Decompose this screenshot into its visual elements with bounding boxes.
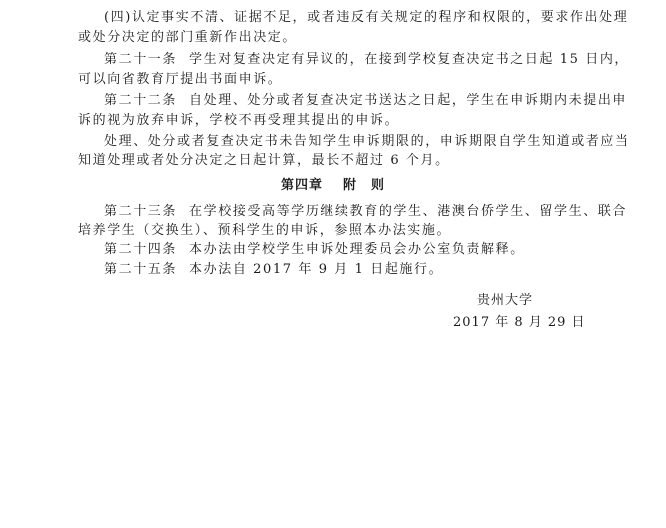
article-text: 本办法自 2017 年 9 月 1 日起施行。	[189, 262, 443, 277]
article-text: 在学校接受高等学历继续教育的学生、港澳台侨学生、留学生、联合	[189, 204, 627, 219]
chapter-heading: 第四章附 则	[0, 178, 666, 194]
article-22-line2: 诉的视为放弃申诉，学校不再受理其提出的申诉。	[78, 113, 590, 129]
article-21-line1: 第二十一条学生对复查决定有异议的，在接到学校复查决定书之日起 15 日内，	[104, 52, 616, 68]
article-text: 自处理、处分或者复查决定书送达之日起，学生在申诉期内未提出申	[189, 93, 627, 108]
signature-org: 贵州大学	[477, 293, 533, 309]
chapter-title: 附 则	[343, 178, 385, 193]
article-number: 第二十四条	[104, 242, 177, 257]
article-number: 第二十一条	[104, 52, 177, 67]
article-21-line2: 可以向省教育厅提出书面申诉。	[78, 72, 590, 88]
article-text: 本办法由学校学生申诉处理委员会办公室负责解释。	[189, 242, 525, 257]
article-number: 第二十五条	[104, 262, 177, 277]
article-22-line1: 第二十二条自处理、处分或者复查决定书送达之日起，学生在申诉期内未提出申	[104, 93, 616, 109]
article-23-line1: 第二十三条在学校接受高等学历继续教育的学生、港澳台侨学生、留学生、联合	[104, 204, 616, 220]
article-23-line2: 培养学生（交换生）、预科学生的申诉，参照本办法实施。	[78, 223, 590, 239]
article-number: 第二十二条	[104, 93, 177, 108]
paragraph-deadline-line1: 处理、处分或者复查决定书未告知学生申诉期限的，申诉期限自学生知道或者应当	[104, 134, 616, 150]
paragraph-deadline-line2: 知道处理或者处分决定之日起计算，最长不超过 6 个月。	[78, 153, 590, 169]
chapter-number: 第四章	[281, 178, 323, 193]
signature-date: 2017 年 8 月 29 日	[453, 315, 586, 331]
article-24: 第二十四条本办法由学校学生申诉处理委员会办公室负责解释。	[104, 242, 616, 258]
article-25: 第二十五条本办法自 2017 年 9 月 1 日起施行。	[104, 262, 616, 278]
article-number: 第二十三条	[104, 204, 177, 219]
paragraph-item-4-line2: 或处分决定的部门重新作出决定。	[78, 30, 590, 46]
article-text: 学生对复查决定有异议的，在接到学校复查决定书之日起 15 日内，	[189, 52, 629, 67]
paragraph-item-4-line1: (四)认定事实不清、证据不足，或者违反有关规定的程序和权限的，要求作出处理	[104, 10, 616, 26]
